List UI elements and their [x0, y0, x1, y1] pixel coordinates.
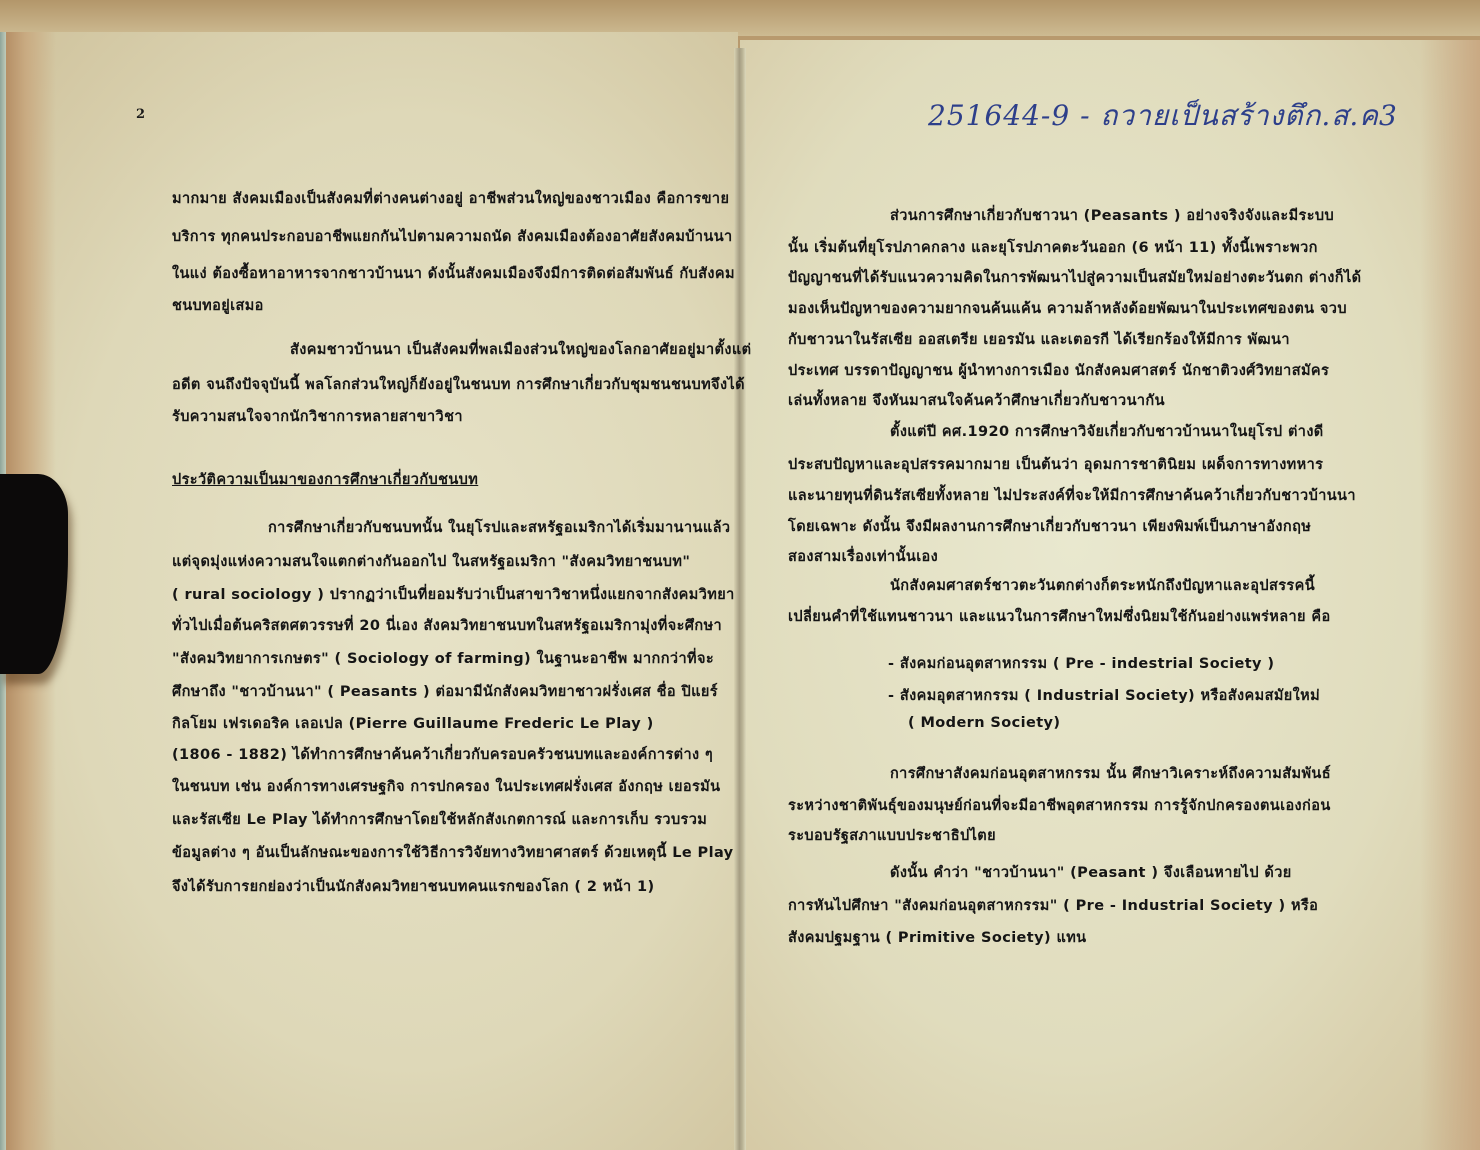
page-number: 2 [136, 107, 145, 122]
text-line: และนายทุนที่ดินรัสเซียทั้งหลาย ไม่ประสงค… [788, 484, 1356, 507]
text-line: ส่วนการศึกษาเกี่ยวกับชาวนา (Peasants ) อ… [890, 204, 1334, 227]
text-line: โดยเฉพาะ ดังนั้น จึงมีผลงานการศึกษาเกี่ย… [788, 515, 1311, 538]
text-line: และรัสเซีย Le Play ได้ทำการศึกษาโดยใช้หล… [172, 808, 707, 831]
text-line: แต่จุดมุ่งแห่งความสนใจแตกต่างกันออกไป ใน… [172, 550, 690, 573]
text-line: การศึกษาสังคมก่อนอุตสาหกรรม นั้น ศึกษาวิ… [890, 762, 1331, 785]
text-line: ในแง่ ต้องซื้อหาอาหารจากชาวบ้านนา ดังนั้… [172, 262, 735, 285]
text-line: อดีต จนถึงปัจจุบันนี้ พลโลกส่วนใหญ่ก็ยัง… [172, 373, 745, 396]
text-line: สังคมปฐมฐาน ( Primitive Society) แทน [788, 926, 1086, 949]
text-line: ปัญญาชนที่ได้รับแนวความคิดในการพัฒนาไปสู… [788, 266, 1361, 289]
text-line: ชนบทอยู่เสมอ [172, 294, 264, 317]
text-line: ทั่วไปเมื่อต้นคริสตศตวรรษที่ 20 นี่เอง ส… [172, 614, 722, 637]
text-line: "สังคมวิทยาการเกษตร" ( Sociology of farm… [172, 647, 714, 670]
text-line: ประเทศ บรรดาปัญญาชน ผู้นำทางการเมือง นัก… [788, 359, 1329, 382]
text-line: เปลี่ยนคำที่ใช้แทนชาวนา และแนวในการศึกษา… [788, 605, 1331, 628]
text-line: ในชนบท เช่น องค์การทางเศรษฐกิจ การปกครอง… [172, 775, 720, 798]
text-line: ตั้งแต่ปี คศ.1920 การศึกษาวิจัยเกี่ยวกับ… [890, 420, 1324, 443]
book-gutter [734, 48, 746, 1150]
text-line: สองสามเรื่องเท่านั้นเอง [788, 545, 938, 568]
text-line: นั้น เริ่มต้นที่ยุโรปภาคกลาง และยุโรปภาค… [788, 236, 1318, 259]
bullet-item: - สังคมก่อนอุตสาหกรรม ( Pre - indestrial… [888, 652, 1274, 675]
text-line: มากมาย สังคมเมืองเป็นสังคมที่ต่างคนต่างอ… [172, 187, 729, 210]
text-line: ประสบปัญหาและอุปสรรคมากมาย เป็นต้นว่า อุ… [788, 453, 1323, 476]
text-line: นักสังคมศาสตร์ชาวตะวันตกต่างก็ตระหนักถึง… [890, 574, 1315, 597]
section-heading: ประวัติความเป็นมาของการศึกษาเกี่ยวกับชนบ… [172, 468, 478, 491]
handwritten-note: 251644-9 - ถวายเป็นสร้างตึก.ส.ค3 [928, 94, 1398, 138]
open-book-spread: 2 มากมาย สังคมเมืองเป็นสังคมที่ต่างคนต่า… [0, 0, 1480, 1150]
text-line: กิลโยม เฟรเดอริค เลอเปล (Pierre Guillaum… [172, 712, 654, 735]
text-line: ระหว่างชาติพันธุ์ของมนุษย์ก่อนที่จะมีอาช… [788, 794, 1331, 817]
text-line: ระบอบรัฐสภาแบบประชาธิปไตย [788, 824, 996, 847]
text-line: ดังนั้น คำว่า "ชาวบ้านนา" (Peasant ) จึง… [890, 861, 1292, 884]
text-line: มองเห็นปัญหาของความยากจนค้นแค้น ความล้าห… [788, 297, 1347, 320]
black-binding-tab [0, 474, 68, 674]
text-line: เล่นทั้งหลาย จึงหันมาสนใจค้นคว้าศึกษาเกี… [788, 389, 1165, 412]
bullet-item: - สังคมอุตสาหกรรม ( Industrial Society) … [888, 684, 1320, 707]
text-line: ข้อมูลต่าง ๆ อันเป็นลักษณะของการใช้วิธีก… [172, 841, 734, 864]
top-page-edge [0, 0, 1480, 36]
text-line: การศึกษาเกี่ยวกับชนบทนั้น ในยุโรปและสหรั… [268, 516, 730, 539]
text-line: (1806 - 1882) ได้ทำการศึกษาค้นคว้าเกี่ยว… [172, 743, 713, 766]
bullet-item: ( Modern Society) [908, 715, 1060, 731]
text-line: ศึกษาถึง "ชาวบ้านนา" ( Peasants ) ต่อมาม… [172, 680, 718, 703]
text-line: กับชาวนาในรัสเซีย ออสเตรีย เยอรมัน และเต… [788, 328, 1290, 351]
text-line: สังคมชาวบ้านนา เป็นสังคมที่พลเมืองส่วนให… [290, 338, 751, 361]
text-line: การหันไปศึกษา "สังคมก่อนอุตสาหกรรม" ( Pr… [788, 894, 1318, 917]
text-line: รับความสนใจจากนักวิชาการหลายสาขาวิชา [172, 405, 463, 428]
text-line: ( rural sociology ) ปรากฏว่าเป็นที่ยอมรั… [172, 583, 735, 606]
text-line: จึงได้รับการยกย่องว่าเป็นนักสังคมวิทยาชน… [172, 875, 655, 898]
text-line: บริการ ทุกคนประกอบอาชีพแยกกันไปตามความถน… [172, 225, 733, 248]
